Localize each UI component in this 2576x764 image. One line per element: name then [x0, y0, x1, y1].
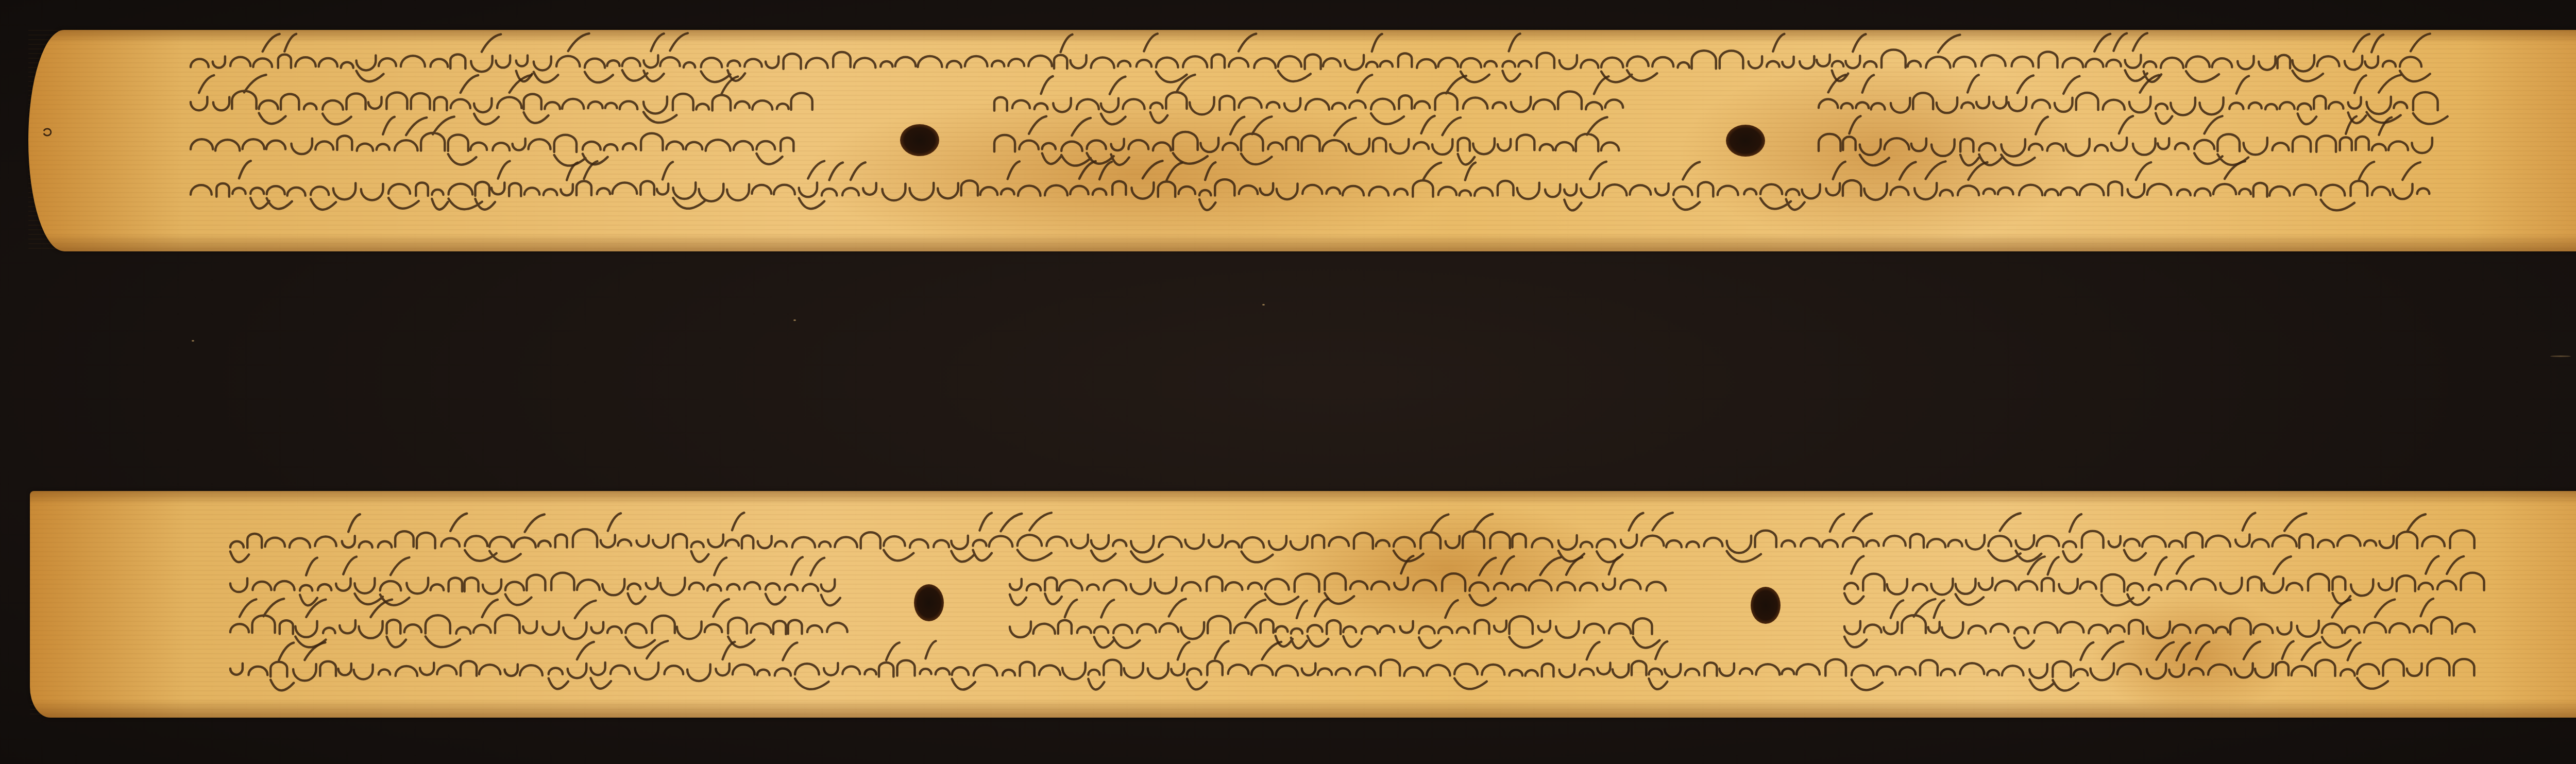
script-line	[1010, 556, 1666, 605]
script-line	[994, 116, 1619, 166]
script-line	[191, 33, 2430, 82]
script-line	[1010, 599, 1659, 648]
script-line	[230, 599, 848, 648]
script-line	[230, 557, 840, 606]
script-line	[1819, 116, 2432, 165]
script-line	[1844, 556, 2484, 606]
script-line	[191, 161, 2429, 210]
script-line	[230, 641, 2474, 690]
handwritten-burmese-text	[0, 0, 2576, 764]
script-line	[994, 75, 1623, 124]
script-line	[191, 117, 793, 166]
script-line	[230, 513, 2475, 562]
script-line	[1844, 599, 2475, 648]
